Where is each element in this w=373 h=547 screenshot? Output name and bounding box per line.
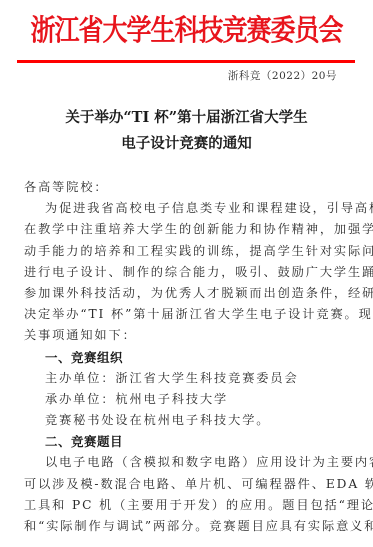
red-divider [17, 60, 355, 63]
document-number: 浙科竞（2022）20号 [228, 69, 337, 83]
document-body: 各高等院校： 为促进我省高校电子信息类专业和课程建设，引导高校 在教学中注重培养… [24, 177, 342, 537]
intro-line: 动手能力的培养和工程实践的训练，提高学生针对实际问题 [24, 241, 342, 262]
organizer-line: 主办单位：浙江省大学生科技竞赛委员会 [24, 368, 342, 389]
intro-line: 进行电子设计、制作的综合能力，吸引、鼓励广大学生踊跃 [24, 262, 342, 283]
intro-line: 决定举办“TI 杯”第十届浙江省大学生电子设计竞赛。现将有 [24, 304, 342, 325]
section-heading-organization: 一、竞赛组织 [24, 347, 342, 368]
topics-line: 工具和 PC 机（主要用于开发）的应用。题目包括“理论设计” [24, 495, 342, 516]
intro-line: 在教学中注重培养大学生的创新能力和协作精神，加强学生 [24, 219, 342, 240]
host-line: 承办单位：杭州电子科技大学 [24, 389, 342, 410]
masthead-org-name: 浙江省大学生科技竞赛委员会 [0, 10, 373, 51]
secretariat-line: 竞赛秘书处设在杭州电子科技大学。 [24, 410, 342, 431]
salutation: 各高等院校： [24, 177, 342, 198]
topics-line: 可以涉及模-数混合电路、单片机、可编程器件、EDA 软件 [24, 474, 342, 495]
topics-line: 以电子电路（含模拟和数字电路）应用设计为主要内容， [24, 452, 342, 473]
intro-line: 关事项通知如下： [24, 325, 342, 346]
topics-line: 和“实际制作与调试”两部分。竞赛题目应具有实际意义和应 [24, 516, 342, 537]
intro-line: 参加课外科技活动，为优秀人才脱颖而出创造条件，经研究， [24, 283, 342, 304]
notice-title-line-1: 关于举办“TI 杯”第十届浙江省大学生 [0, 108, 373, 128]
section-heading-topics: 二、竞赛题目 [24, 431, 342, 452]
intro-line: 为促进我省高校电子信息类专业和课程建设，引导高校 [24, 198, 342, 219]
notice-title-line-2: 电子设计竞赛的通知 [0, 134, 373, 154]
